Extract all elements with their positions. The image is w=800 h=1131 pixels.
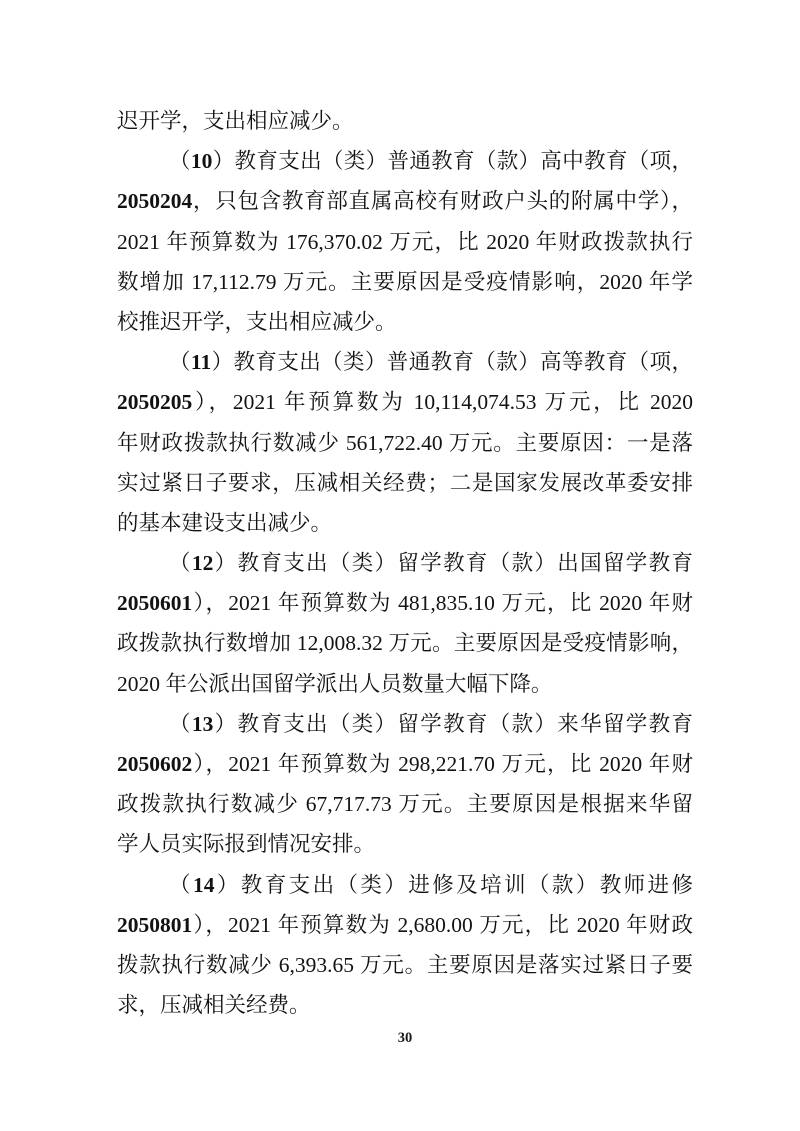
- text-line: 校推迟开学，支出相应减少。: [117, 302, 693, 342]
- text-run: 2021 年预算数为 176,370.02 万元，比 2020 年财政拨款执行: [117, 230, 693, 254]
- bold-text-run: 13: [192, 712, 214, 736]
- text-run: 拨款执行数减少 6,393.65 万元。主要原因是落实过紧日子要: [117, 953, 693, 977]
- text-run: 校推迟开学，支出相应减少。: [117, 310, 397, 334]
- bold-text-run: 2050602: [117, 752, 192, 776]
- text-line: 实过紧日子要求，压减相关经费；二是国家发展改革委安排: [117, 463, 693, 503]
- text-line: 2050801），2021 年预算数为 2,680.00 万元，比 2020 年…: [117, 905, 693, 945]
- text-line: （14）教育支出（类）进修及培训（款）教师进修（项，: [117, 865, 693, 905]
- text-line: （13）教育支出（类）留学教育（款）来华留学教育（项，: [117, 704, 693, 744]
- text-run: ），2021 年预算数为 481,835.10 万元，比 2020 年财: [192, 591, 693, 615]
- text-run: （: [169, 350, 191, 374]
- text-run: 迟开学，支出相应减少。: [117, 109, 354, 133]
- bold-text-run: 2050204: [117, 189, 192, 213]
- text-run: （: [169, 712, 192, 736]
- text-run: 求，压减相关经费。: [117, 993, 311, 1017]
- text-run: ）教育支出（类）普通教育（款）高等教育（项，: [211, 350, 693, 374]
- document-page: 迟开学，支出相应减少。（10）教育支出（类）普通教育（款）高中教育（项，2050…: [0, 0, 800, 1131]
- text-line: 2050204，只包含教育部直属高校有财政户头的附属中学），: [117, 181, 693, 221]
- text-run: 政拨款执行数增加 12,008.32 万元。主要原因是受疫情影响，: [117, 631, 693, 655]
- text-line: 政拨款执行数减少 67,717.73 万元。主要原因是根据来华留: [117, 784, 693, 824]
- text-run: （: [169, 551, 192, 575]
- text-run: 年财政拨款执行数减少 561,722.40 万元。主要原因：一是落: [117, 431, 693, 455]
- text-line: （11）教育支出（类）普通教育（款）高等教育（项，: [117, 342, 693, 382]
- text-run: 政拨款执行数减少 67,717.73 万元。主要原因是根据来华留: [117, 792, 693, 816]
- text-line: （12）教育支出（类）留学教育（款）出国留学教育（项，: [117, 543, 693, 583]
- text-line: 迟开学，支出相应减少。: [117, 101, 693, 141]
- text-run: ）教育支出（类）普通教育（款）高中教育（项，: [212, 149, 693, 173]
- page-number: 30: [117, 1030, 693, 1047]
- text-line: 学人员实际报到情况安排。: [117, 824, 693, 864]
- text-run: （: [169, 149, 191, 173]
- text-line: （10）教育支出（类）普通教育（款）高中教育（项，: [117, 141, 693, 181]
- text-run: 的基本建设支出减少。: [117, 511, 332, 535]
- text-line: 政拨款执行数增加 12,008.32 万元。主要原因是受疫情影响，: [117, 623, 693, 663]
- document-body-text: 迟开学，支出相应减少。（10）教育支出（类）普通教育（款）高中教育（项，2050…: [117, 101, 693, 1025]
- text-line: 2050602），2021 年预算数为 298,221.70 万元，比 2020…: [117, 744, 693, 784]
- text-run: 学人员实际报到情况安排。: [117, 832, 375, 856]
- text-line: 2021 年预算数为 176,370.02 万元，比 2020 年财政拨款执行: [117, 222, 693, 262]
- text-line: 数增加 17,112.79 万元。主要原因是受疫情影响，2020 年学: [117, 262, 693, 302]
- text-line: 2050601），2021 年预算数为 481,835.10 万元，比 2020…: [117, 583, 693, 623]
- text-line: 2050205），2021 年预算数为 10,114,074.53 万元，比 2…: [117, 382, 693, 422]
- text-run: ，只包含教育部直属高校有财政户头的附属中学），: [192, 189, 693, 213]
- text-line: 求，压减相关经费。: [117, 985, 693, 1025]
- text-run: 数增加 17,112.79 万元。主要原因是受疫情影响，2020 年学: [117, 270, 693, 294]
- text-run: ），2021 年预算数为 2,680.00 万元，比 2020 年财政: [192, 913, 693, 937]
- bold-text-run: 2050205: [117, 390, 192, 414]
- text-run: （: [169, 873, 193, 897]
- bold-text-run: 11: [191, 350, 211, 374]
- text-line: 年财政拨款执行数减少 561,722.40 万元。主要原因：一是落: [117, 423, 693, 463]
- bold-text-run: 2050801: [117, 913, 192, 937]
- text-run: 2020 年公派出国留学派出人员数量大幅下降。: [117, 672, 552, 696]
- bold-text-run: 12: [192, 551, 214, 575]
- text-run: ），2021 年预算数为 10,114,074.53 万元，比 2020: [192, 390, 693, 414]
- text-run: ），2021 年预算数为 298,221.70 万元，比 2020 年财: [192, 752, 693, 776]
- bold-text-run: 14: [193, 873, 215, 897]
- text-line: 的基本建设支出减少。: [117, 503, 693, 543]
- text-line: 2020 年公派出国留学派出人员数量大幅下降。: [117, 664, 693, 704]
- bold-text-run: 2050601: [117, 591, 192, 615]
- text-run: 实过紧日子要求，压减相关经费；二是国家发展改革委安排: [117, 471, 693, 495]
- text-line: 拨款执行数减少 6,393.65 万元。主要原因是落实过紧日子要: [117, 945, 693, 985]
- bold-text-run: 10: [191, 149, 213, 173]
